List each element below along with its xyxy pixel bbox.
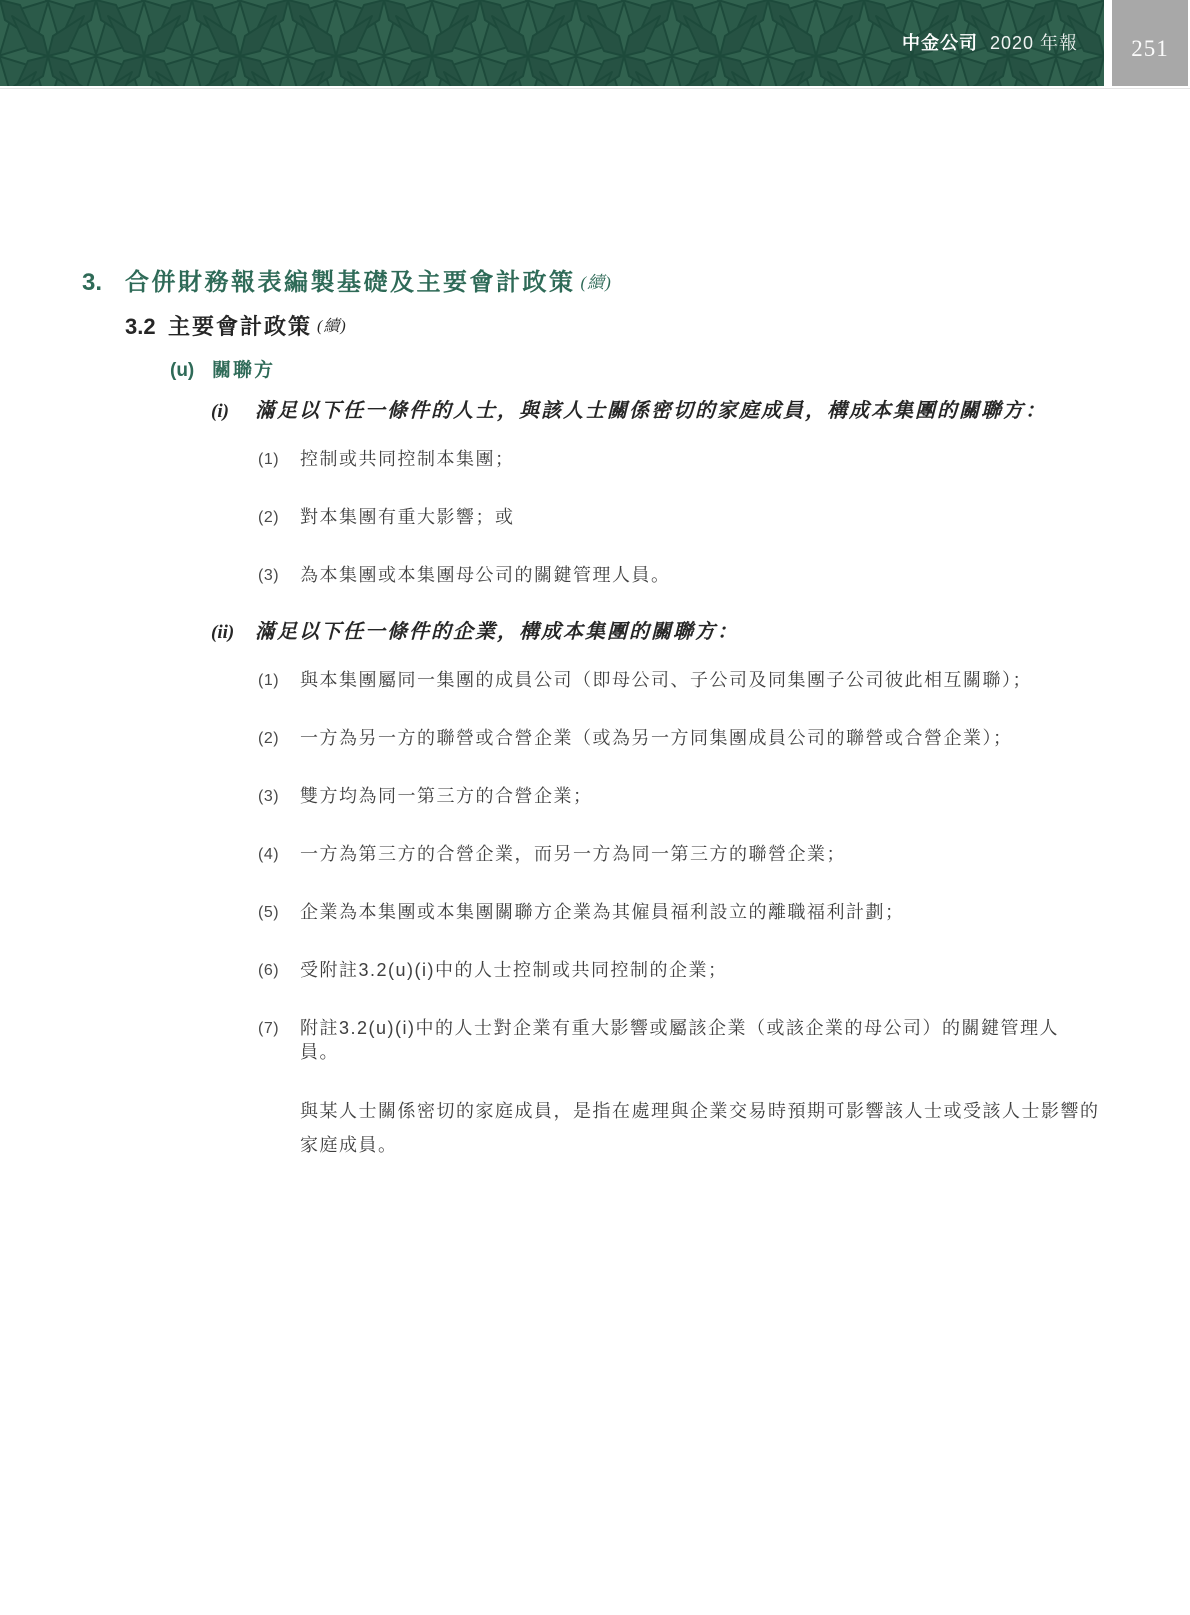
subsection-continued-marker: (續): [317, 313, 347, 341]
item-text: 對本集團有重大影響；或: [300, 505, 515, 530]
item-number: (1): [258, 668, 300, 693]
page-header: 中金公司 2020 年報 251: [0, 0, 1190, 90]
part-ii-section: (ii) 滿足以下任一條件的企業，構成本集團的關聯方： (1) 與本集團屬同一集…: [82, 619, 1190, 1064]
item-number: (2): [258, 726, 300, 751]
item-number: (7): [258, 1016, 300, 1064]
page-number: 251: [1131, 36, 1169, 62]
subsection-title: 主要會計政策: [168, 313, 312, 341]
item-number: (2): [258, 505, 300, 530]
list-item: (3) 為本集團或本集團母公司的關鍵管理人員。: [258, 563, 1190, 588]
list-item: (1) 與本集團屬同一集團的成員公司（即母公司、子公司及同集團子公司彼此相互關聯…: [258, 668, 1190, 693]
item-number: (5): [258, 900, 300, 925]
clause-u-title: 關聯方: [212, 358, 275, 383]
section-heading: 3. 合併財務報表編製基礎及主要會計政策 (續): [82, 268, 1190, 298]
list-item: (3) 雙方均為同一第三方的合營企業；: [258, 784, 1190, 809]
part-ii-label: (ii): [211, 619, 255, 646]
item-number: (4): [258, 842, 300, 867]
list-item: (6) 受附註3.2(u)(i)中的人士控制或共同控制的企業；: [258, 958, 1190, 983]
item-number: (3): [258, 563, 300, 588]
part-i-heading: (i) 滿足以下任一條件的人士，與該人士關係密切的家庭成員，構成本集團的關聯方：: [211, 398, 1190, 425]
document-body: 3. 合併財務報表編製基礎及主要會計政策 (續) 3.2 主要會計政策 (續) …: [0, 268, 1190, 1162]
list-item: (4) 一方為第三方的合營企業，而另一方為同一第三方的聯營企業；: [258, 842, 1190, 867]
list-item: (7) 附註3.2(u)(i)中的人士對企業有重大影響或屬該企業（或該企業的母公…: [258, 1016, 1190, 1064]
part-i-section: (i) 滿足以下任一條件的人士，與該人士關係密切的家庭成員，構成本集團的關聯方：…: [82, 398, 1190, 588]
report-page: 中金公司 2020 年報 251 3. 合併財務報表編製基礎及主要會計政策 (續…: [0, 0, 1190, 1615]
item-text: 附註3.2(u)(i)中的人士對企業有重大影響或屬該企業（或該企業的母公司）的關…: [300, 1016, 1090, 1064]
item-text: 控制或共同控制本集團；: [300, 447, 515, 472]
item-number: (6): [258, 958, 300, 983]
clause-u-label: (u): [170, 358, 212, 383]
header-divider: [0, 88, 1190, 89]
item-number: (1): [258, 447, 300, 472]
subsection-number: 3.2: [125, 313, 168, 341]
header-title: 中金公司 2020 年報: [0, 0, 1104, 86]
section-number: 3.: [82, 268, 125, 298]
company-name: 中金公司: [902, 34, 978, 52]
item-text: 一方為第三方的合營企業，而另一方為同一第三方的聯營企業；: [300, 842, 846, 867]
part-i-label: (i): [211, 398, 255, 425]
item-text: 受附註3.2(u)(i)中的人士控制或共同控制的企業；: [300, 958, 728, 983]
subsection-heading: 3.2 主要會計政策 (續): [125, 313, 1190, 341]
part-ii-heading: (ii) 滿足以下任一條件的企業，構成本集團的關聯方：: [211, 619, 1190, 646]
section-continued-marker: (續): [581, 268, 612, 298]
clause-u-heading: (u) 關聯方: [170, 358, 1190, 383]
list-item: (2) 對本集團有重大影響；或: [258, 505, 1190, 530]
list-item: (5) 企業為本集團或本集團關聯方企業為其僱員福利設立的離職福利計劃；: [258, 900, 1190, 925]
section-title: 合併財務報表編製基礎及主要會計政策: [125, 268, 576, 298]
report-year-label: 2020 年報: [990, 34, 1078, 52]
item-text: 與本集團屬同一集團的成員公司（即母公司、子公司及同集團子公司彼此相互關聯）；: [300, 668, 1032, 693]
part-ii-title: 滿足以下任一條件的企業，構成本集團的關聯方：: [255, 619, 739, 646]
item-number: (3): [258, 784, 300, 809]
item-text: 企業為本集團或本集團關聯方企業為其僱員福利設立的離職福利計劃；: [300, 900, 905, 925]
item-text: 一方為另一方的聯營或合營企業（或為另一方同集團成員公司的聯營或合營企業）；: [300, 726, 1013, 751]
part-i-title: 滿足以下任一條件的人士，與該人士關係密切的家庭成員，構成本集團的關聯方：: [255, 398, 1047, 425]
list-item: (1) 控制或共同控制本集團；: [258, 447, 1190, 472]
list-item: (2) 一方為另一方的聯營或合營企業（或為另一方同集團成員公司的聯營或合營企業）…: [258, 726, 1190, 751]
page-number-box: 251: [1112, 0, 1188, 86]
closing-paragraph: 與某人士關係密切的家庭成員，是指在處理與企業交易時預期可影響該人士或受該人士影響…: [300, 1094, 1115, 1162]
item-text: 為本集團或本集團母公司的關鍵管理人員。: [300, 563, 671, 588]
item-text: 雙方均為同一第三方的合營企業；: [300, 784, 593, 809]
